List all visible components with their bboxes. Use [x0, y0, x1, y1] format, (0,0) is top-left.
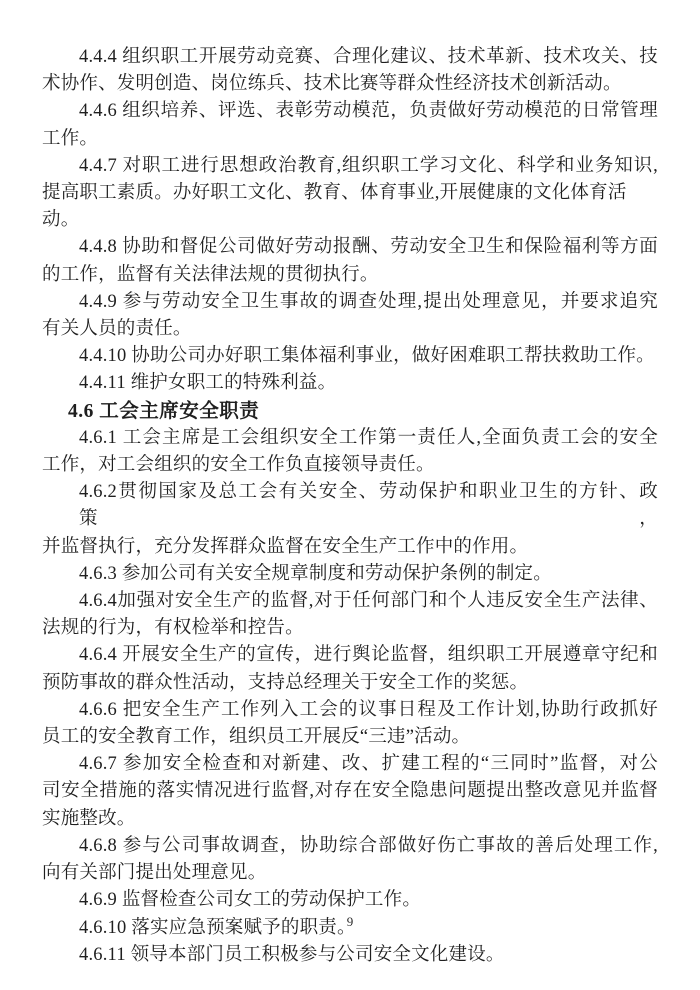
text-line: 4.4.11 维护女职工的特殊利益。	[42, 370, 658, 397]
text-line: 预防事故的群众性活动，支持总经理关于安全工作的奖惩。	[42, 670, 658, 697]
text-line: 4.6 工会主席安全职责	[42, 398, 658, 425]
text-line: 司安全措施的落实情况进行监督,对存在安全隐患问题提出整改意见并监督	[42, 778, 658, 805]
text-line: 工作。	[42, 126, 658, 153]
text-line: 4.6.4 开展安全生产的宣传，进行舆论监督，组织职工开展遵章守纪和	[42, 642, 658, 669]
document-page: 4.4.4 组织职工开展劳动竞赛、合理化建议、技术革新、技术攻关、技术协作、发明…	[0, 0, 700, 990]
text-line: 4.4.8 协助和督促公司做好劳动报酬、劳动安全卫生和保险福利等方面	[42, 234, 658, 261]
paragraph-4-4-11: 4.4.11 维护女职工的特殊利益。	[42, 370, 658, 397]
text-line: 提高职工素质。办好职工文化、教育、体育事业,开展健康的文化体育活动。	[42, 180, 658, 234]
text-line: 4.6.8 参与公司事故调查，协助综合部做好伤亡事故的善后处理工作,	[42, 833, 658, 860]
text-line: 4.6.6 把安全生产工作列入工会的议事日程及工作计划,协助行政抓好	[42, 697, 658, 724]
text-line: 向有关部门提出处理意见。	[42, 860, 658, 887]
paragraph-4-6-3: 4.6.3 参加公司有关安全规章制度和劳动保护条例的制定。	[42, 561, 658, 588]
paragraph-4-6-6: 4.6.6 把安全生产工作列入工会的议事日程及工作计划,协助行政抓好员工的安全教…	[42, 697, 658, 751]
section-heading-4-6: 4.6 工会主席安全职责	[42, 398, 658, 425]
text-line: 4.6.11 领导本部门员工积极参与公司安全文化建设。	[42, 942, 658, 969]
paragraph-4-6-11: 4.6.11 领导本部门员工积极参与公司安全文化建设。	[42, 942, 658, 969]
text-line: 4.6.3 参加公司有关安全规章制度和劳动保护条例的制定。	[42, 561, 658, 588]
paragraph-4-4-10: 4.4.10 协助公司办好职工集体福利事业，做好困难职工帮扶救助工作。	[42, 343, 658, 370]
text-line: 4.6.1 工会主席是工会组织安全工作第一责任人,全面负责工会的安全	[42, 425, 658, 452]
text-line: 术协作、发明创造、岗位练兵、技术比赛等群众性经济技术创新活动。	[42, 71, 658, 98]
paragraph-4-6-4b: 4.6.4 开展安全生产的宣传，进行舆论监督，组织职工开展遵章守纪和预防事故的群…	[42, 642, 658, 696]
paragraph-4-4-8: 4.4.8 协助和督促公司做好劳动报酬、劳动安全卫生和保险福利等方面的工作，监督…	[42, 234, 658, 288]
text-line: 4.4.4 组织职工开展劳动竞赛、合理化建议、技术革新、技术攻关、技	[42, 44, 658, 71]
text-line: 员工的安全教育工作，组织员工开展反“三违”活动。	[42, 724, 658, 751]
paragraph-4-6-9: 4.6.9 监督检查公司女工的劳动保护工作。	[42, 887, 658, 914]
text-line: 4.4.10 协助公司办好职工集体福利事业，做好困难职工帮扶救助工作。	[42, 343, 658, 370]
paragraph-4-6-7: 4.6.7 参加安全检查和对新建、改、扩建工程的“三同时”监督，对公司安全措施的…	[42, 751, 658, 833]
paragraph-4-6-2: 4.6.2贯彻国家及总工会有关安全、劳动保护和职业卫生的方针、政策，并监督执行，…	[42, 479, 658, 561]
page-number: 9	[0, 914, 700, 930]
document-body: 4.4.4 组织职工开展劳动竞赛、合理化建议、技术革新、技术攻关、技术协作、发明…	[42, 44, 658, 969]
text-line: 4.4.9 参与劳动安全卫生事故的调查处理,提出处理意见，并要求追究	[42, 289, 658, 316]
text-line: 的工作，监督有关法律法规的贯彻执行。	[42, 262, 658, 289]
text-line: 有关人员的责任。	[42, 316, 658, 343]
text-line: 实施整改。	[42, 806, 658, 833]
text-line: 4.4.6 组织培养、评选、表彰劳动模范，负责做好劳动模范的日常管理	[42, 98, 658, 125]
text-line: 工作，对工会组织的安全工作负直接领导责任。	[42, 452, 658, 479]
text-line: 4.6.7 参加安全检查和对新建、改、扩建工程的“三同时”监督，对公	[42, 751, 658, 778]
paragraph-4-6-8: 4.6.8 参与公司事故调查，协助综合部做好伤亡事故的善后处理工作,向有关部门提…	[42, 833, 658, 887]
text-line: 4.4.7 对职工进行思想政治教育,组织职工学习文化、科学和业务知识,	[42, 153, 658, 180]
paragraph-4-6-1: 4.6.1 工会主席是工会组织安全工作第一责任人,全面负责工会的安全工作，对工会…	[42, 425, 658, 479]
text-line: 4.6.9 监督检查公司女工的劳动保护工作。	[42, 887, 658, 914]
paragraph-4-6-4: 4.6.4加强对安全生产的监督,对于任何部门和个人违反安全生产法律、法规的行为，…	[42, 588, 658, 642]
text-line: 法规的行为，有权检举和控告。	[42, 615, 658, 642]
text-line: 4.6.4加强对安全生产的监督,对于任何部门和个人违反安全生产法律、	[42, 588, 658, 615]
paragraph-4-4-4: 4.4.4 组织职工开展劳动竞赛、合理化建议、技术革新、技术攻关、技术协作、发明…	[42, 44, 658, 98]
text-line: 并监督执行，充分发挥群众监督在安全生产工作中的作用。	[42, 534, 658, 561]
paragraph-4-4-9: 4.4.9 参与劳动安全卫生事故的调查处理,提出处理意见，并要求追究有关人员的责…	[42, 289, 658, 343]
paragraph-4-4-7: 4.4.7 对职工进行思想政治教育,组织职工学习文化、科学和业务知识,提高职工素…	[42, 153, 658, 235]
text-line: 4.6.2贯彻国家及总工会有关安全、劳动保护和职业卫生的方针、政策，	[42, 479, 658, 533]
paragraph-4-4-6: 4.4.6 组织培养、评选、表彰劳动模范，负责做好劳动模范的日常管理工作。	[42, 98, 658, 152]
